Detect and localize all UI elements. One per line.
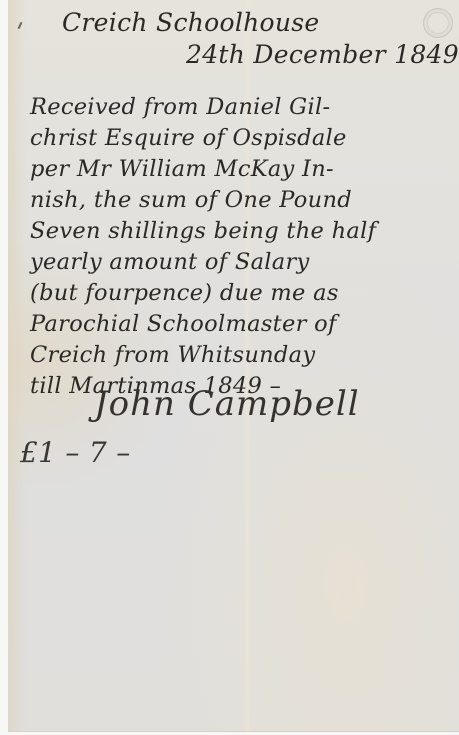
body-line-5: Seven shillings being the half — [30, 218, 376, 244]
body-line-8: Parochial Schoolmaster of — [30, 311, 337, 337]
body-line-3: per Mr William McKay In- — [30, 156, 334, 182]
header-date: 24th December 1849 — [186, 40, 459, 69]
body-line-7: (but fourpence) due me as — [30, 280, 339, 306]
margin-mark — [18, 22, 23, 29]
signature: John Campbell — [94, 384, 360, 424]
amount: £1 – 7 – — [20, 436, 131, 469]
body-line-2: christ Esquire of Ospisdale — [30, 125, 347, 151]
embossed-seal-icon — [423, 8, 453, 38]
body-line-1: Received from Daniel Gil- — [30, 94, 330, 120]
body-line-4: nish, the sum of One Pound — [30, 187, 352, 213]
body-line-6: yearly amount of Salary — [30, 249, 310, 275]
header-place: Creich Schoolhouse — [62, 8, 320, 37]
body-line-9: Creich from Whitsunday — [30, 342, 315, 368]
document-page: Creich Schoolhouse 24th December 1849 Re… — [8, 0, 459, 731]
